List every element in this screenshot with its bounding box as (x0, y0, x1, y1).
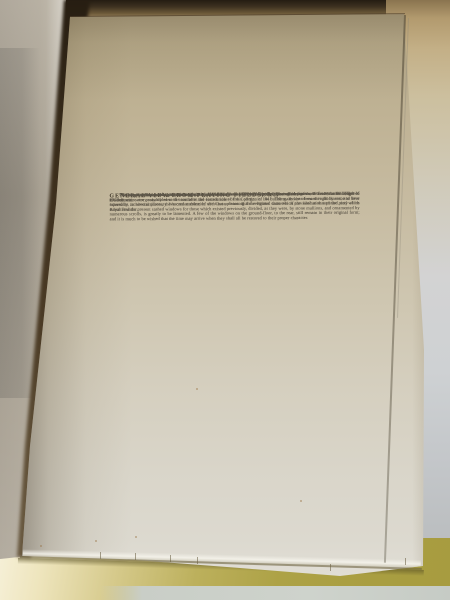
foxing-spot (135, 536, 137, 538)
foxing-spot (95, 540, 97, 542)
foxing-spot (40, 545, 42, 547)
foxing-spot (300, 500, 302, 502)
edge-tear (405, 558, 406, 565)
letterpress-text-block: GENERAL VIEW FROM PLAYING FIELDS, &c. Th… (109, 191, 360, 343)
main-page: GENERAL VIEW FROM PLAYING FIELDS, &c. Th… (15, 8, 433, 586)
book-photo: GENERAL VIEW FROM PLAYING FIELDS, &c. Th… (0, 0, 450, 600)
foxing-spot (196, 388, 198, 390)
text-scale-wrap: GENERAL VIEW FROM PLAYING FIELDS, &c. Th… (109, 191, 359, 193)
table-edge-strip (100, 586, 450, 600)
